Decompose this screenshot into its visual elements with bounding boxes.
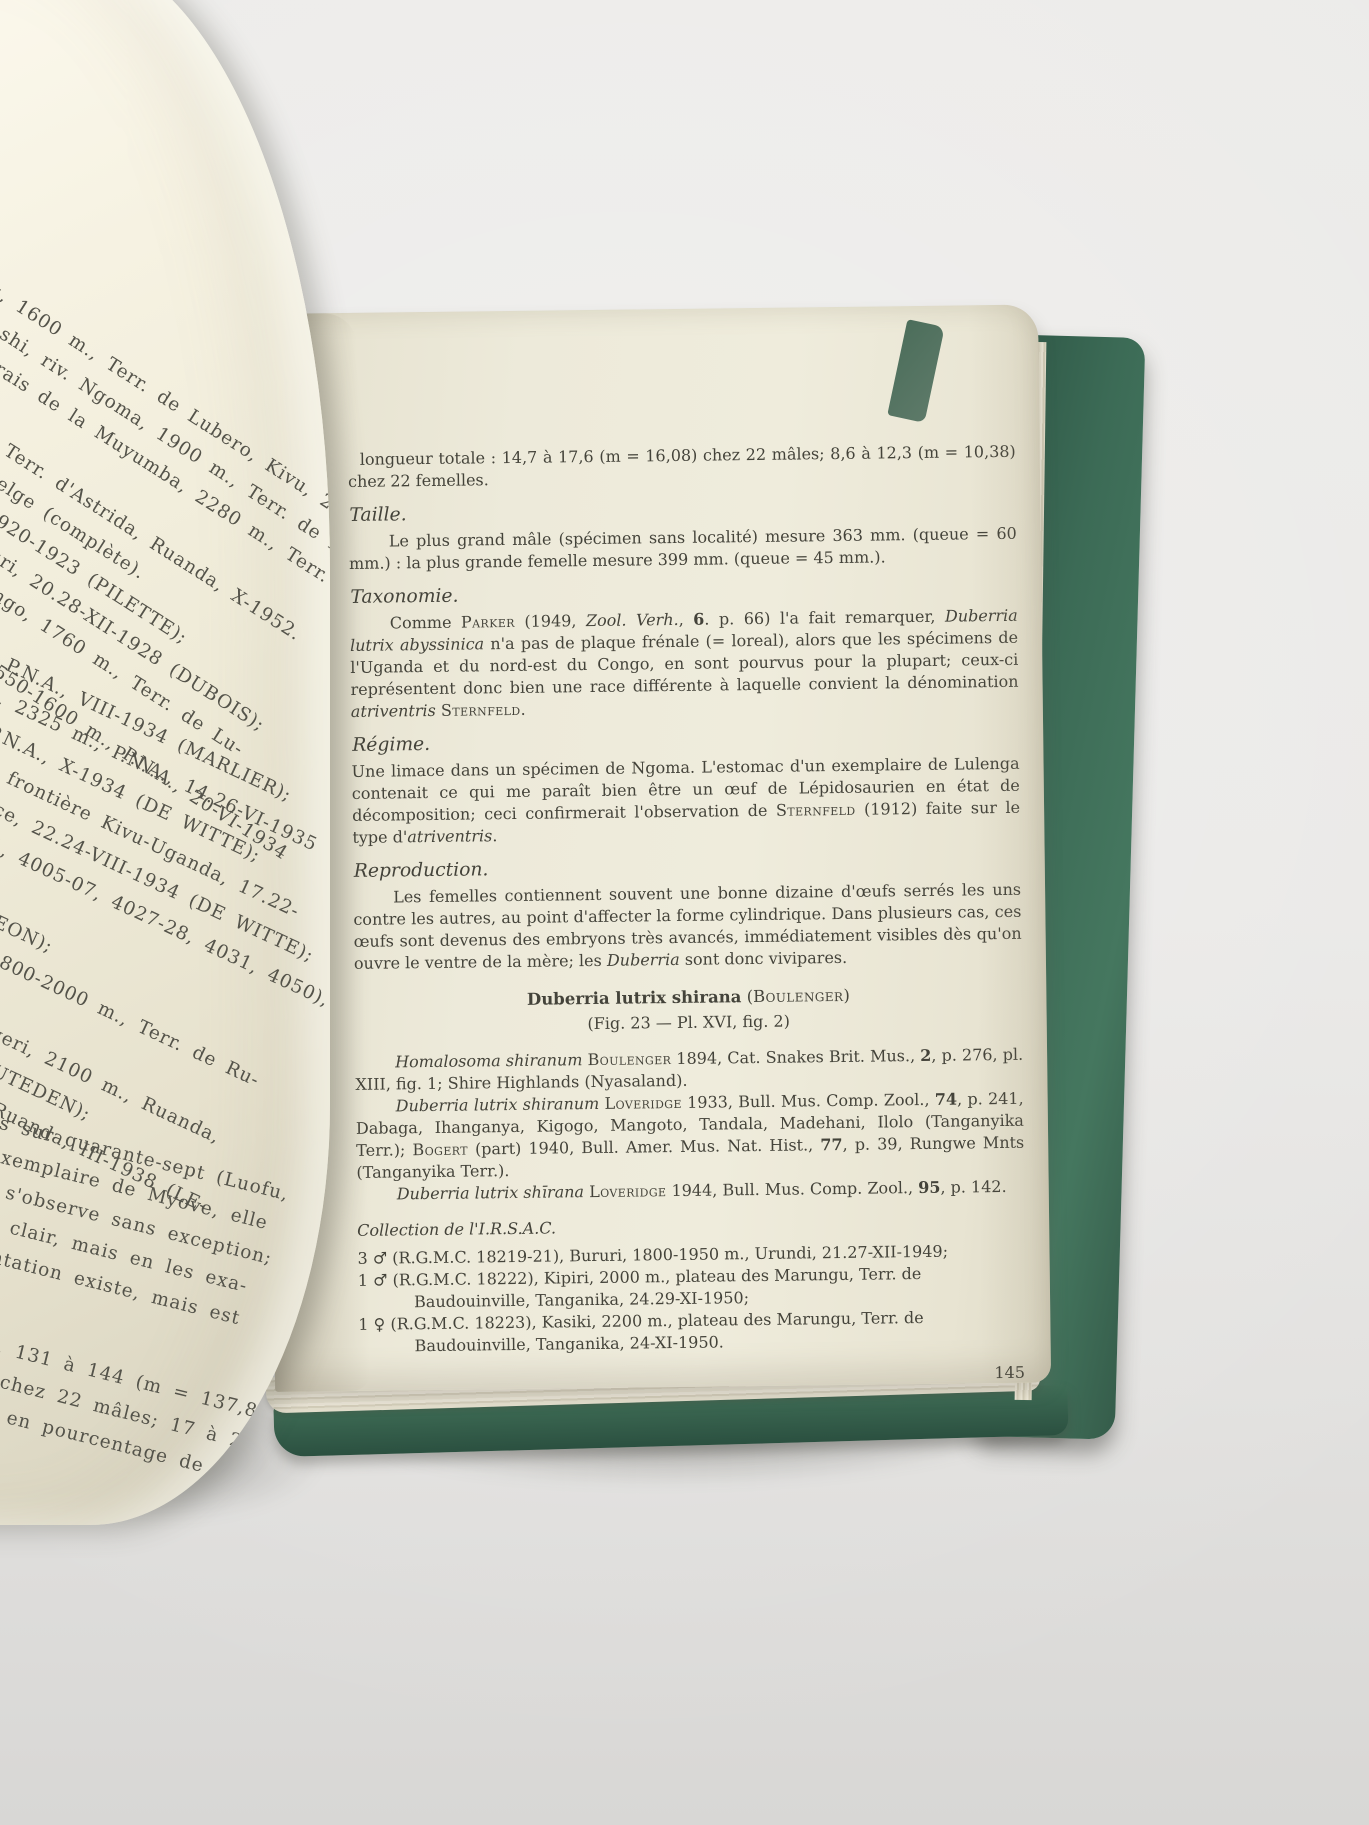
section-heading-taxonomie: Taxonomie. (350, 579, 1017, 609)
section-heading-taille: Taille. (349, 497, 1016, 527)
collection-title: Collection de l'I.R.S.A.C. (357, 1212, 1025, 1242)
right-page: longueur totale : 14,7 à 17,6 (m = 16,08… (262, 305, 1051, 1392)
synonymy-entry: Duberria lutrix shiranum Loveridge 1933,… (356, 1088, 1025, 1184)
figure-reference: (Fig. 23 — Pl. XVI, fig. 2) (355, 1008, 1023, 1038)
paragraph-taille: Le plus grand mâle (spécimen sans locali… (349, 523, 1017, 575)
right-page-text: longueur totale : 14,7 à 17,6 (m = 16,08… (348, 441, 1027, 1392)
paragraph-taxonomie: Comme Parker (1949, Zool. Verh., 6. p. 6… (350, 605, 1019, 723)
collection-item: 1 ♀ (R.G.M.C. 18223), Kasiki, 2200 m., p… (358, 1306, 1026, 1358)
paragraph-regime: Une limace dans un spécimen de Ngoma. L'… (351, 753, 1020, 849)
section-heading-regime: Régime. (352, 727, 1019, 757)
left-page: Luofu, 1600 m., Terr. de Lubero, Kivu, 2… (0, 0, 330, 1525)
section-heading-reproduction: Reproduction. (354, 853, 1021, 883)
paragraph-reproduction: Les femelles contiennent souvent une bon… (353, 879, 1022, 975)
paragraph-intro: longueur totale : 14,7 à 17,6 (m = 16,08… (348, 441, 1016, 493)
photo-background: longueur totale : 14,7 à 17,6 (m = 16,08… (0, 0, 1369, 1825)
